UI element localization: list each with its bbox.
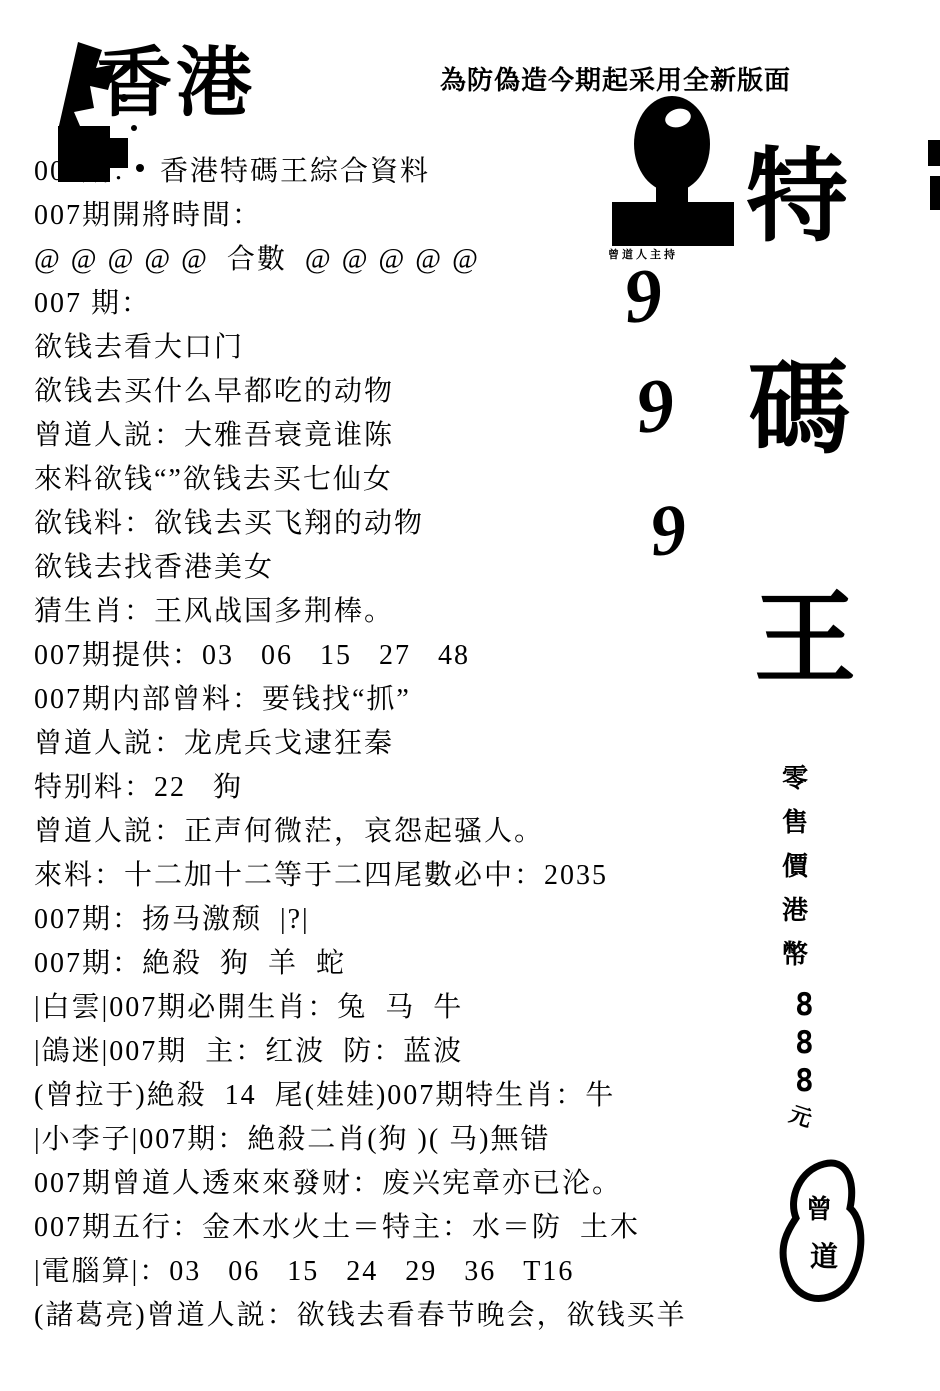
text-line: 007期開將時間： (34, 200, 824, 231)
content-lines: 007期： 香港特碼王綜合資料007期開將時間：@ @ @ @ @ 合數 @ @… (34, 156, 824, 1344)
text-line: |小李子|007期：絶殺二肖(狗 )( 马)無错 (34, 1124, 824, 1155)
text-line: 007期：絶殺 狗 羊 蛇 (34, 948, 824, 979)
text-line: 來料欲钱“”欲钱去买七仙女 (34, 464, 824, 495)
hongkong-logo: 香港 (96, 46, 256, 122)
text-line: 特别料：22 狗 (34, 772, 824, 803)
text-line: 欲钱去买什么早都吃的动物 (34, 376, 824, 407)
text-line: 007 期： (34, 288, 824, 319)
scan-edge-artifact (930, 176, 940, 210)
text-line: 曾道人説：龙虎兵戈逮狂秦 (34, 728, 824, 759)
text-line: 曾道人説：正声何微茫，哀怨起骚人。 (34, 816, 824, 847)
text-line: (曾拉于)絶殺 14 尾(娃娃)007期特生肖：牛 (34, 1080, 824, 1111)
text-line: 來料：十二加十二等于二四尾數必中：2035 (34, 860, 824, 891)
scan-edge-artifact (928, 140, 940, 166)
text-line: 猜生肖：王风战国多荆棒。 (34, 596, 824, 627)
text-line: 007期提供：03 06 15 27 48 (34, 640, 824, 671)
text-line: (諸葛亮)曾道人説：欲钱去看春节晚会，欲钱买羊 (34, 1300, 824, 1331)
text-line: 007期：扬马激颓 |?| (34, 904, 824, 935)
text-line: 007期内部曾料：要钱找“抓” (34, 684, 824, 715)
text-line: |電腦算|：03 06 15 24 29 36 T16 (34, 1256, 824, 1287)
text-line: 007期曾道人透來來發财：废兴宪章亦已沦。 (34, 1168, 824, 1199)
text-line: 007期： 香港特碼王綜合資料 (34, 156, 824, 187)
text-line: 欲钱去找香港美女 (34, 552, 824, 583)
tip-sheet-page: 香港 為防偽造今期起采用全新版面 曾道人主持 9 9 9 特 碼 王 零售價港幣… (0, 0, 940, 1391)
text-line: @ @ @ @ @ 合數 @ @ @ @ @ (34, 244, 824, 275)
text-line: 007期五行：金木水火土＝特主：水＝防 土木 (34, 1212, 824, 1243)
text-line: 曾道人説：大雅吾衰竟谁陈 (34, 420, 824, 451)
text-line: |鴿迷|007期 主：红波 防：蓝波 (34, 1036, 824, 1067)
text-line: |白雲|007期必開生肖：兔 马 牛 (34, 992, 824, 1023)
text-line: 欲钱料：欲钱去买飞翔的动物 (34, 508, 824, 539)
text-line: 欲钱去看大口门 (34, 332, 824, 363)
anti-counterfeit-notice: 為防偽造今期起采用全新版面 (440, 60, 840, 97)
